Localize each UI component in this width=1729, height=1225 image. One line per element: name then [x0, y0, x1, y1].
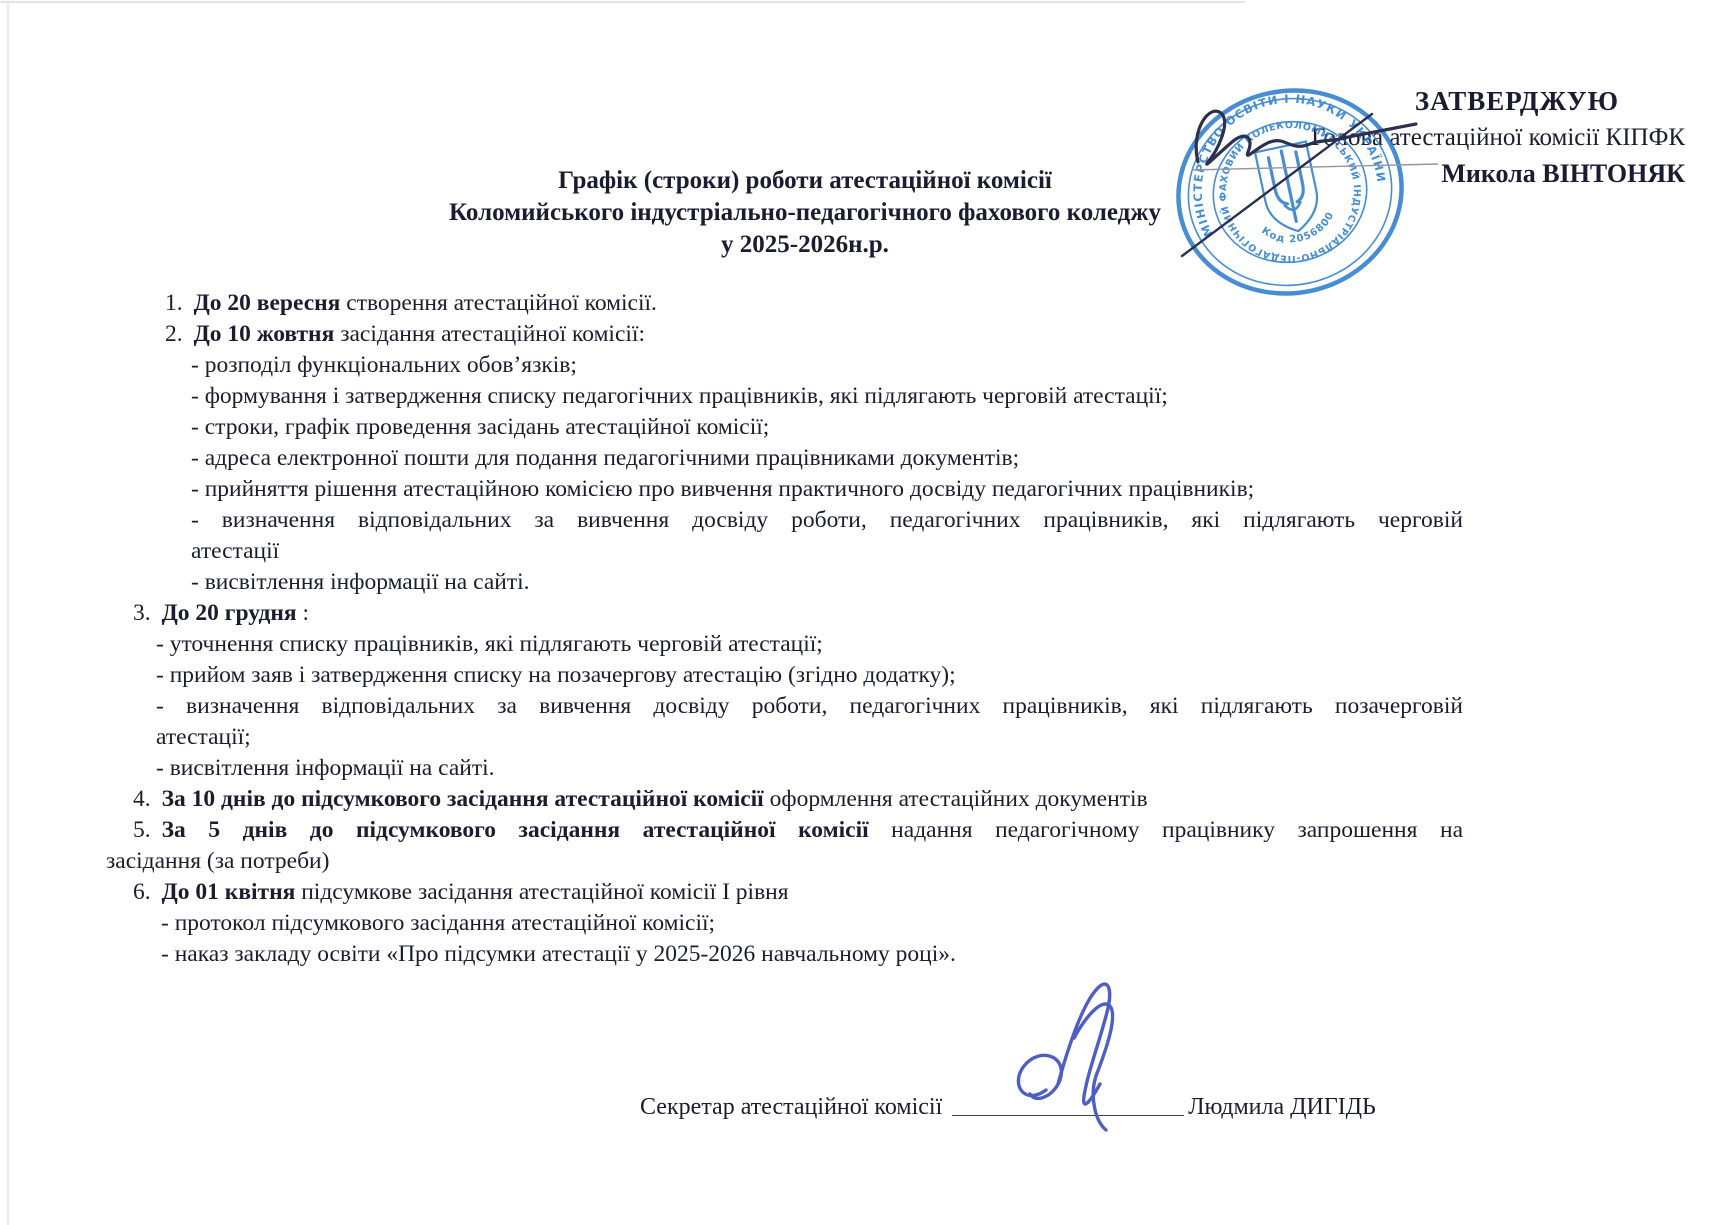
document-line: засідання (за потреби): [95, 846, 1463, 877]
scanned-document-page: ЗАТВЕРДЖУЮ Голова атестаційної комісії К…: [0, 0, 1729, 1225]
item-text: засідання атестаційної комісії:: [334, 321, 645, 347]
document-line: - уточнення списку працівників, які підл…: [95, 629, 1463, 660]
chair-signature: [1158, 92, 1458, 272]
item-text: - адреса електронної пошти для подання п…: [191, 445, 1019, 471]
item-text: - формування і затвердження списку педаг…: [191, 383, 1168, 409]
document-line: - визначення відповідальних за вивчення …: [95, 691, 1463, 722]
secretary-label: Секретар атестаційної комісії: [640, 1094, 942, 1120]
item-text: оформлення атестаційних документів: [764, 786, 1148, 812]
item-text: - строки, графік проведення засідань ате…: [191, 414, 769, 440]
item-date-bold: До 20 грудня: [162, 600, 297, 626]
item-date-bold: До 10 жовтня: [194, 321, 335, 347]
document-line: - визначення відповідальних за вивчення …: [95, 505, 1463, 536]
item-text: - визначення відповідальних за вивчення …: [191, 507, 1463, 533]
item-text: - висвітлення інформації на сайті.: [156, 755, 495, 781]
item-date-bold: За 5 днів до підсумкового засідання атес…: [162, 817, 869, 843]
item-text: - визначення відповідальних за вивчення …: [156, 693, 1463, 719]
document-line: - строки, графік проведення засідань ате…: [95, 412, 1463, 443]
item-text: надання педагогічному працівнику запроше…: [869, 817, 1463, 843]
document-line: - формування і затвердження списку педаг…: [95, 381, 1463, 412]
scan-edge-artifact: [0, 1, 1245, 3]
item-date-bold: За 10 днів до підсумкового засідання ате…: [162, 786, 764, 812]
item-number: 2.: [165, 321, 183, 347]
scan-edge-artifact: [7, 0, 9, 1225]
item-text: підсумкове засідання атестаційної комісі…: [295, 879, 788, 905]
item-number: 5.: [133, 817, 151, 843]
document-line: - адреса електронної пошти для подання п…: [95, 443, 1463, 474]
document-line: - прийом заяв і затвердження списку на п…: [95, 660, 1463, 691]
document-line: атестації;: [95, 722, 1463, 753]
document-line: 3.До 20 грудня :: [95, 598, 1463, 629]
item-date-bold: До 01 квітня: [162, 879, 296, 905]
document-line: - наказ закладу освіти «Про підсумки ате…: [95, 939, 1463, 970]
item-number: 1.: [165, 290, 183, 316]
document-line: - висвітлення інформації на сайті.: [95, 753, 1463, 784]
secretary-name: Людмила ДИГІДЬ: [1188, 1094, 1376, 1120]
document-line: - висвітлення інформації на сайті.: [95, 567, 1463, 598]
item-text: - прийом заяв і затвердження списку на п…: [156, 662, 956, 688]
item-date-bold: До 20 вересня: [194, 290, 341, 316]
document-line: - протокол підсумкового засідання атеста…: [95, 908, 1463, 939]
document-line: 5.За 5 днів до підсумкового засідання ат…: [95, 815, 1463, 846]
document-line: 6.До 01 квітня підсумкове засідання атес…: [95, 877, 1463, 908]
document-line: - прийняття рішення атестаційною комісіє…: [95, 474, 1463, 505]
item-text: - висвітлення інформації на сайті.: [191, 569, 530, 595]
document-line: атестації: [95, 536, 1463, 567]
item-text: - протокол підсумкового засідання атеста…: [161, 910, 715, 936]
item-text: атестації: [191, 538, 279, 564]
secretary-signature: [990, 972, 1210, 1147]
document-line: - розподіл функціональних обов’язків;: [95, 350, 1463, 381]
document-line: 4.За 10 днів до підсумкового засідання а…: [95, 784, 1463, 815]
item-number: 4.: [133, 786, 151, 812]
document-line: 2.До 10 жовтня засідання атестаційної ко…: [95, 319, 1463, 350]
item-text: - розподіл функціональних обов’язків;: [191, 352, 577, 378]
item-text: - прийняття рішення атестаційною комісіє…: [191, 476, 1254, 502]
item-text: атестації;: [156, 724, 251, 750]
item-text: створення атестаційної комісії.: [340, 290, 657, 316]
item-text: засідання (за потреби): [106, 848, 329, 874]
item-text: :: [297, 600, 309, 626]
item-text: - уточнення списку працівників, які підл…: [156, 631, 823, 657]
body-lines: 1.До 20 вересня створення атестаційної к…: [95, 288, 1463, 970]
item-text: - наказ закладу освіти «Про підсумки ате…: [161, 941, 956, 967]
item-number: 6.: [133, 879, 151, 905]
item-number: 3.: [133, 600, 151, 626]
